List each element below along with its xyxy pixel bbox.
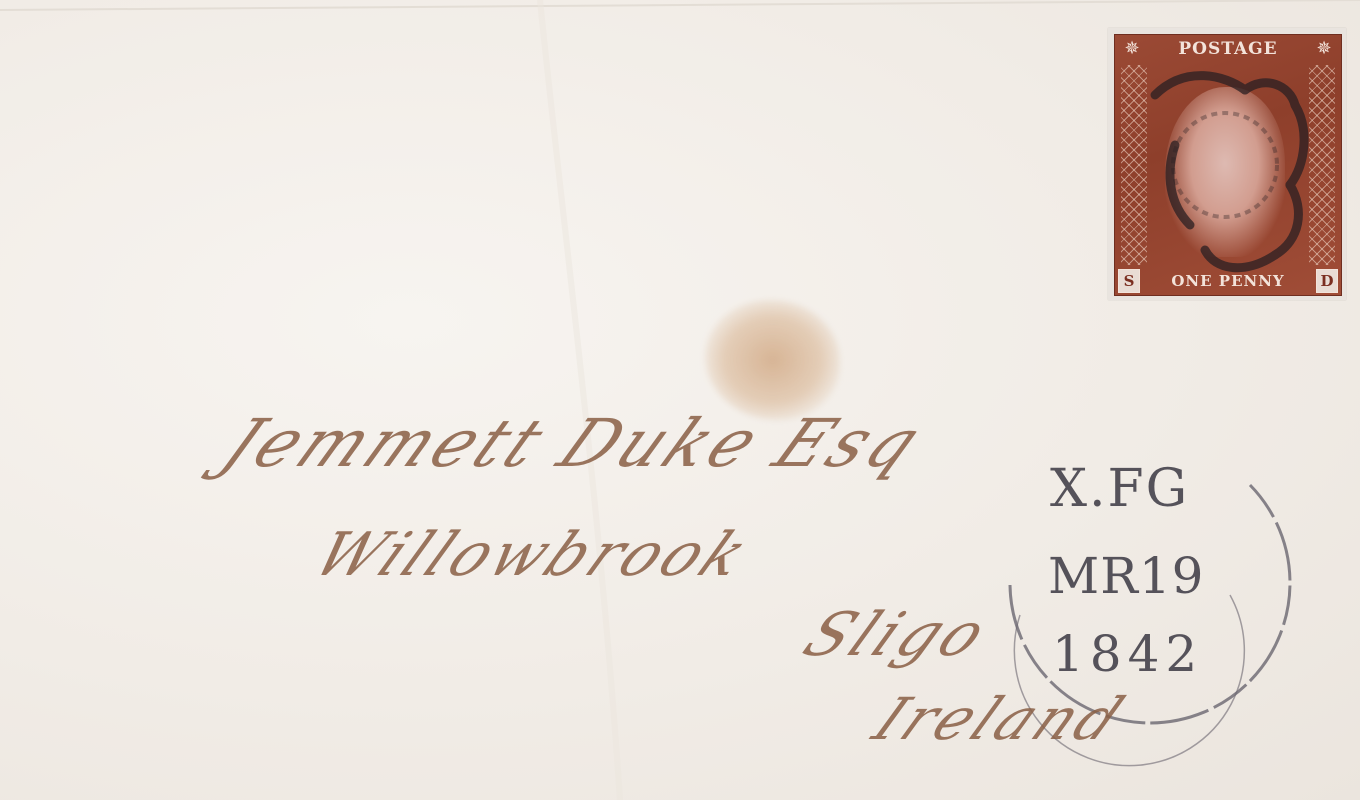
stamp-value-label: ONE PENNY [1171, 272, 1284, 290]
maltese-cross-cancel-icon [1115, 35, 1341, 295]
postmark-year: 1842 [1052, 625, 1203, 683]
postmark-date: MR19 [1048, 547, 1204, 605]
address-line-house: Willowbrook [301, 520, 764, 590]
address-line-country: Ireland [862, 685, 1139, 753]
envelope: ✵ ✵ POSTAGE S ONE PENNY D [0, 0, 1360, 800]
check-letter-right: D [1316, 269, 1338, 293]
stain [705, 300, 840, 420]
check-letter-left: S [1118, 269, 1140, 293]
address-line-name: Jemmett Duke Esq [210, 405, 938, 482]
postmark-office-code: X.FG [1050, 459, 1189, 519]
address-line-town: Sligo [791, 600, 1002, 670]
penny-red-stamp: ✵ ✵ POSTAGE S ONE PENNY D [1108, 28, 1346, 300]
